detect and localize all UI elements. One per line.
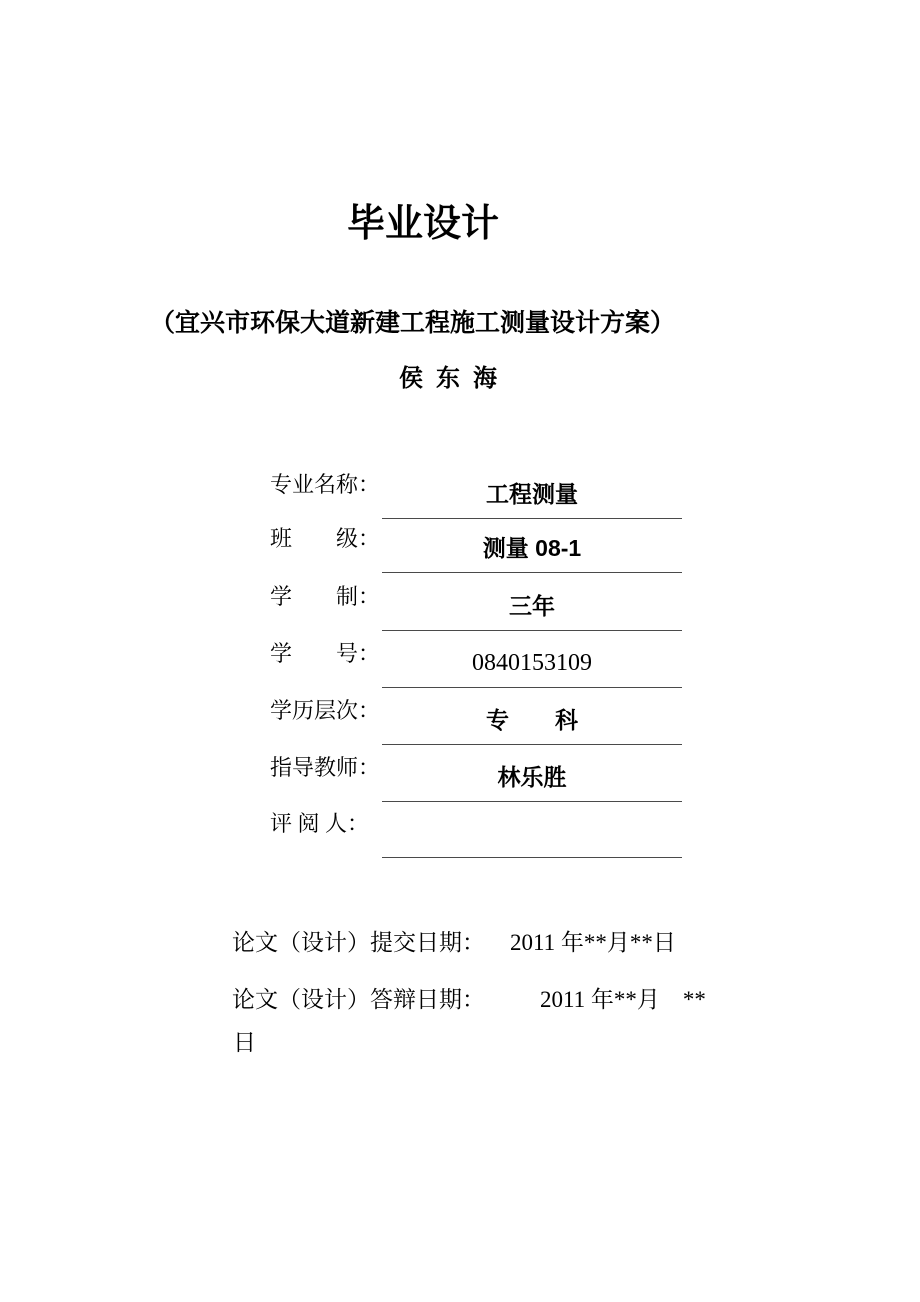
field-label-major: 专业名称： — [270, 472, 380, 498]
author-name: 侯 东 海 — [399, 358, 497, 393]
field-underline: 工程测量 — [382, 470, 682, 519]
defense-date-wrapped-character: 日 — [233, 1028, 256, 1058]
field-value-duration: 三年 — [509, 595, 555, 630]
field-value-education-level: 专 科 — [486, 709, 578, 744]
field-label-education-level: 学历层次： — [270, 698, 380, 724]
field-underline: 专 科 — [382, 696, 682, 745]
field-label-student-id: 学 号： — [270, 641, 380, 667]
defense-date-label: 论文（设计）答辩日期： — [232, 985, 485, 1015]
field-label-reviewer: 评 阅 人： — [270, 811, 369, 837]
field-underline: 三年 — [382, 582, 682, 631]
thesis-subtitle: （宜兴市环保大道新建工程施工测量设计方案） — [150, 308, 675, 341]
submission-date-value: 2011 年**月**日 — [510, 928, 676, 958]
form-row-education-level: 学历层次： 专 科 — [0, 696, 920, 745]
page-title: 毕业设计 — [0, 203, 846, 247]
field-value-advisor: 林乐胜 — [498, 766, 567, 801]
form-row-major: 专业名称： 工程测量 — [0, 470, 920, 519]
field-label-class: 班 级： — [270, 526, 380, 552]
submission-date-label: 论文（设计）提交日期： — [232, 928, 485, 958]
form-row-class: 班 级： 测量 08-1 — [0, 524, 920, 573]
field-value-major: 工程测量 — [486, 483, 578, 518]
field-underline: 0840153109 — [382, 639, 682, 688]
form-row-reviewer: 评 阅 人： — [0, 809, 920, 858]
form-row-student-id: 学 号： 0840153109 — [0, 639, 920, 688]
field-underline: 林乐胜 — [382, 753, 682, 802]
submission-date-line: 论文（设计）提交日期： 2011 年**月**日 — [232, 928, 676, 958]
thesis-cover-page: 毕业设计 （宜兴市环保大道新建工程施工测量设计方案） 侯 东 海 专业名称： 工… — [0, 0, 920, 1302]
defense-date-line: 论文（设计）答辩日期： 2011 年**月 ** — [232, 985, 706, 1015]
field-value-class: 测量 08-1 — [483, 537, 581, 572]
form-row-advisor: 指导教师： 林乐胜 — [0, 753, 920, 802]
field-label-advisor: 指导教师： — [270, 755, 380, 781]
field-underline: 测量 08-1 — [382, 524, 682, 573]
field-label-duration: 学 制： — [270, 584, 380, 610]
defense-date-value: 2011 年**月 ** — [540, 985, 706, 1015]
form-row-duration: 学 制： 三年 — [0, 582, 920, 631]
field-value-student-id: 0840153109 — [472, 651, 592, 687]
field-underline — [382, 809, 682, 858]
